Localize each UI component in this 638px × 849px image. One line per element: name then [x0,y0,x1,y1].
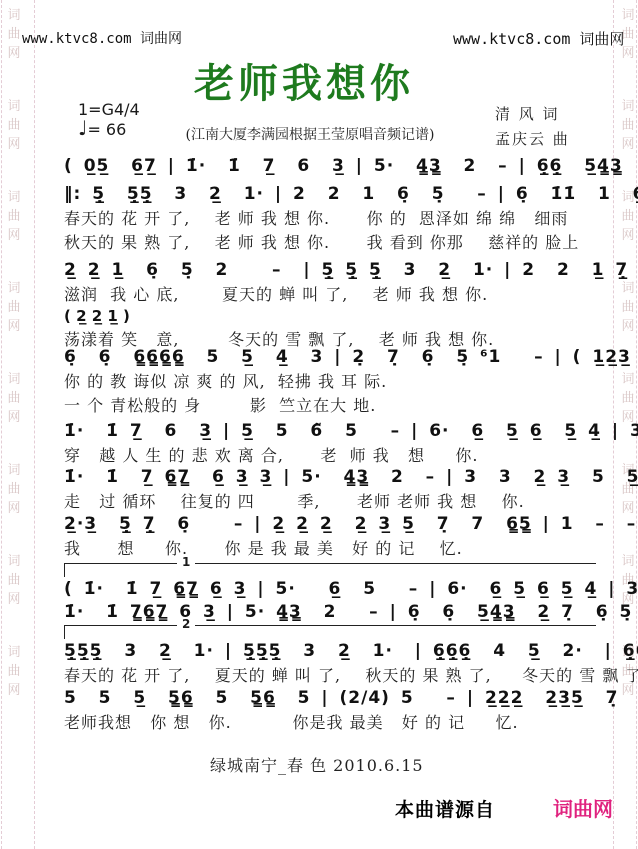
watermark-char: 曲 [3,207,25,226]
music-system: 2̲·3̲ 5̲̣ 7̲̣ 6̣ – | 2̲ 2̲ 2̲ 2̲ 3̲ 5̲ 7… [64,513,596,559]
volta-number: 1 [177,555,195,569]
left-watermark-column: 词曲网词曲网词曲网词曲网词曲网词曲网词曲网词曲网 [3,6,25,849]
lyrics-line: 走 过 循环 往复的 四 季, 老师 老师 我 想 你. [64,491,596,512]
watermark-char: 网 [3,408,25,427]
source-label: 本曲谱源自 [395,795,495,822]
music-system: 5 5 5̲ 5̳6̳ 5 5̳6̳ 5 | (2/4) 5 – | 2̲2̲2… [64,687,596,733]
watermark-char: 曲 [3,298,25,317]
notation-line: 2̲ 2̲ 1̲ 6̣ 5̣ 2 – | 5̲̣ 5̲̣ 5̲̣ 3 2̲ 1·… [64,259,596,281]
lyrics-line: 滋润 我 心 底, 夏天的 蝉 叫 了, 老 师 我 想 你. [64,284,596,305]
watermark-group: 词曲网 [617,97,638,154]
lyrics-line: 老师我想 你 想 你. 你是我 最美 好 的 记 忆. [64,712,596,733]
watermark-char: 曲 [3,662,25,681]
watermark-char: 网 [3,317,25,336]
watermark-char: 词 [617,97,638,116]
sub-notation-line: ( 2̲ 2̲ 1̲ ) [64,307,596,326]
notation-line: 1̇· 1̇ 7̳6̳7̳ 6̲ 3̲ | 5· 4̳3̳ 2 – | 6̣ 6… [64,601,596,623]
sheet-music-page: { "header": { "watermark_left": "www.ktv… [0,0,638,849]
watermark-char: 曲 [3,116,25,135]
music-system: 1̇· 1̇ 7̳6̳7̳ 6̲ 3̲ | 5· 4̳3̳ 2 – | 6̣ 6… [64,601,596,623]
music-system: ‖: 5̲̣ 5̲̣5̲̣ 3 2̲ 1· | 2 2 1 6̣ 5̣ – | … [64,183,596,253]
watermark-char: 曲 [617,116,638,135]
watermark-char: 词 [617,552,638,571]
lyrics-line: 秋天的 果 熟 了, 老 师 我 想 你. 我 看到 你那 慈祥的 脸上 [64,232,596,253]
lyrics-line: 我 想 你. 你 是 我 最 美 好 的 记 忆. [64,538,596,559]
watermark-group: 词曲网 [3,461,25,518]
watermark-char: 曲 [3,480,25,499]
notation-line: 5 5 5̲ 5̳6̳ 5 5̳6̳ 5 | (2/4) 5 – | 2̲2̲2… [64,687,596,709]
music-system: 6̣ 6̣ 6̳6̳6̳6̳ 5 5̲ 4̲ 3 | 2̣ 7̣ 6̣ 5̣ ⁶… [64,346,596,416]
left-inner-dashed-line [34,0,35,849]
source-site-link[interactable]: 词曲网 [553,793,613,822]
volta-bracket: 1 [64,563,596,577]
volta-number: 2 [177,617,195,631]
watermark-char: 词 [617,370,638,389]
transcription-note: (江南大厦李满园根据王莹原唱音频记谱) [120,124,500,144]
lyrics-line: 你 的 教 诲似 凉 爽 的 风, 轻拂 我 耳 际. [64,371,596,392]
lyrics-line: 春天的 花 开 了, 夏天的 蝉 叫 了, 秋天的 果 熟 了, 冬天的 雪 飘… [64,665,596,686]
music-system: 25̲̣5̲̣5̲̣ 3 2̲ 1· | 5̲̣5̲̣5̲̣ 3 2̲ 1· |… [64,625,596,686]
composer-credit: 孟庆云 曲 [495,127,570,152]
notation-line: ( 0̲5̲ 6̲7̲ | 1̇· 1̇ 7̲ 6 3̲ | 5· 4̳3̳ 2… [64,155,596,177]
lyrics-line: 一 个 青松般的 身 影 竺立在大 地. [64,395,596,416]
notation-line: ‖: 5̲̣ 5̲̣5̲̣ 3 2̲ 1· | 2 2 1 6̣ 5̣ – | … [64,183,596,205]
lyrics-line: 春天的 花 开 了, 老 师 我 想 你. 你 的 恩泽如 绵 绵 细雨 [64,208,596,229]
watermark-char: 网 [3,499,25,518]
watermark-char: 曲 [3,389,25,408]
notation-line: ( 1̇· 1̇ 7̲ 6̳7̳ 6̲ 3̲ | 5· 6̲ 5 – | 6· … [64,578,596,600]
site-watermark-top-right: www.ktvc8.com 词曲网 [453,28,624,49]
watermark-char: 网 [3,590,25,609]
music-system: ( 0̲5̲ 6̲7̲ | 1̇· 1̇ 7̲ 6 3̲ | 5· 4̳3̳ 2… [64,155,596,177]
notation-line: 6̣ 6̣ 6̳6̳6̳6̳ 5 5̲ 4̲ 3 | 2̣ 7̣ 6̣ 5̣ ⁶… [64,346,596,368]
notation-line: 2̲·3̲ 5̲̣ 7̲̣ 6̣ – | 2̲ 2̲ 2̲ 2̲ 3̲ 5̲ 7… [64,513,596,535]
lyricist-credit: 清 风 词 [495,102,570,127]
watermark-char: 词 [3,188,25,207]
watermark-char: 词 [3,370,25,389]
lyrics-line: 穿 越 人 生 的 悲 欢 离 合, 老 师 我 想 你. [64,445,596,466]
watermark-char: 网 [3,226,25,245]
watermark-group: 词曲网 [3,552,25,609]
watermark-char: 词 [617,279,638,298]
watermark-char: 网 [617,226,638,245]
watermark-group: 词曲网 [3,279,25,336]
watermark-char: 网 [3,135,25,154]
watermark-group: 词曲网 [3,188,25,245]
volta-bracket: 2 [64,625,596,639]
notation-line: 1̇· 1̇ 7̲ 6 3̲ | 5̲ 5 6̃ 5 – | 6· 6̲ 5̲ … [64,420,596,442]
notation-line: 1̇· 1̇ 7̲ 6̳7̳ 6̲ 3̲ 3̲ | 5· 4̳3̳ 2 – | … [64,466,596,488]
credits-block: 清 风 词 孟庆云 曲 [495,102,570,152]
music-system: 1( 1̇· 1̇ 7̲ 6̳7̳ 6̲ 3̲ | 5· 6̲ 5 – | 6·… [64,563,596,600]
watermark-group: 词曲网 [617,370,638,427]
music-system: 2̲ 2̲ 1̲ 6̣ 5̣ 2 – | 5̲̣ 5̲̣ 5̲̣ 3 2̲ 1·… [64,259,596,350]
watermark-group: 词曲网 [3,643,25,700]
site-watermark-top-left: www.ktvc8.com 词曲网 [22,28,182,48]
watermark-char: 词 [3,279,25,298]
watermark-char: 曲 [617,389,638,408]
watermark-char: 词 [3,461,25,480]
watermark-group: 词曲网 [3,370,25,427]
watermark-char: 曲 [617,207,638,226]
music-system: 1̇· 1̇ 7̲ 6 3̲ | 5̲ 5 6̃ 5 – | 6· 6̲ 5̲ … [64,420,596,466]
left-edge-dashed-line [1,0,2,849]
music-system: 1̇· 1̇ 7̲ 6̳7̳ 6̲ 3̲ 3̲ | 5· 4̳3̳ 2 – | … [64,466,596,512]
watermark-char: 词 [617,6,638,25]
watermark-char: 网 [617,317,638,336]
watermark-char: 曲 [617,298,638,317]
watermark-char: 词 [3,552,25,571]
watermark-char: 网 [3,681,25,700]
signature-date-note: 绿城南宁_春 色 2010.6.15 [210,753,424,776]
watermark-char: 曲 [3,571,25,590]
notation-line: 5̲̣5̲̣5̲̣ 3 2̲ 1· | 5̲̣5̲̣5̲̣ 3 2̲ 1· | … [64,640,596,662]
watermark-char: 词 [3,643,25,662]
watermark-char: 网 [617,135,638,154]
watermark-char: 词 [3,6,25,25]
watermark-group: 词曲网 [617,279,638,336]
